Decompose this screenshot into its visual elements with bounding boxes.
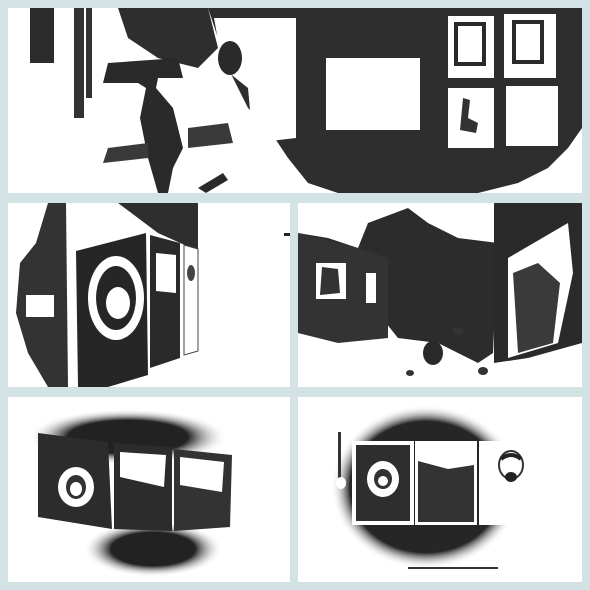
photo-angled-prints: Large framed prints on angled gallery wa… (8, 203, 290, 387)
photo-gallery-corridor: Long gallery corridor with hung artworks (298, 203, 582, 387)
photo-three-frames-spot: Row of three framed photographs under sp… (8, 397, 290, 582)
photo-gallery-wall: Gallery wall with framed works and visit… (8, 8, 582, 193)
circle-spot-image (298, 397, 582, 582)
angled-prints-image (8, 203, 290, 387)
three-frames-image (8, 397, 290, 582)
gallery-corridor-image (298, 203, 582, 387)
gallery-wall-image (8, 8, 582, 193)
photo-three-frames-circle: Three framed photographs in circular spo… (298, 397, 582, 582)
